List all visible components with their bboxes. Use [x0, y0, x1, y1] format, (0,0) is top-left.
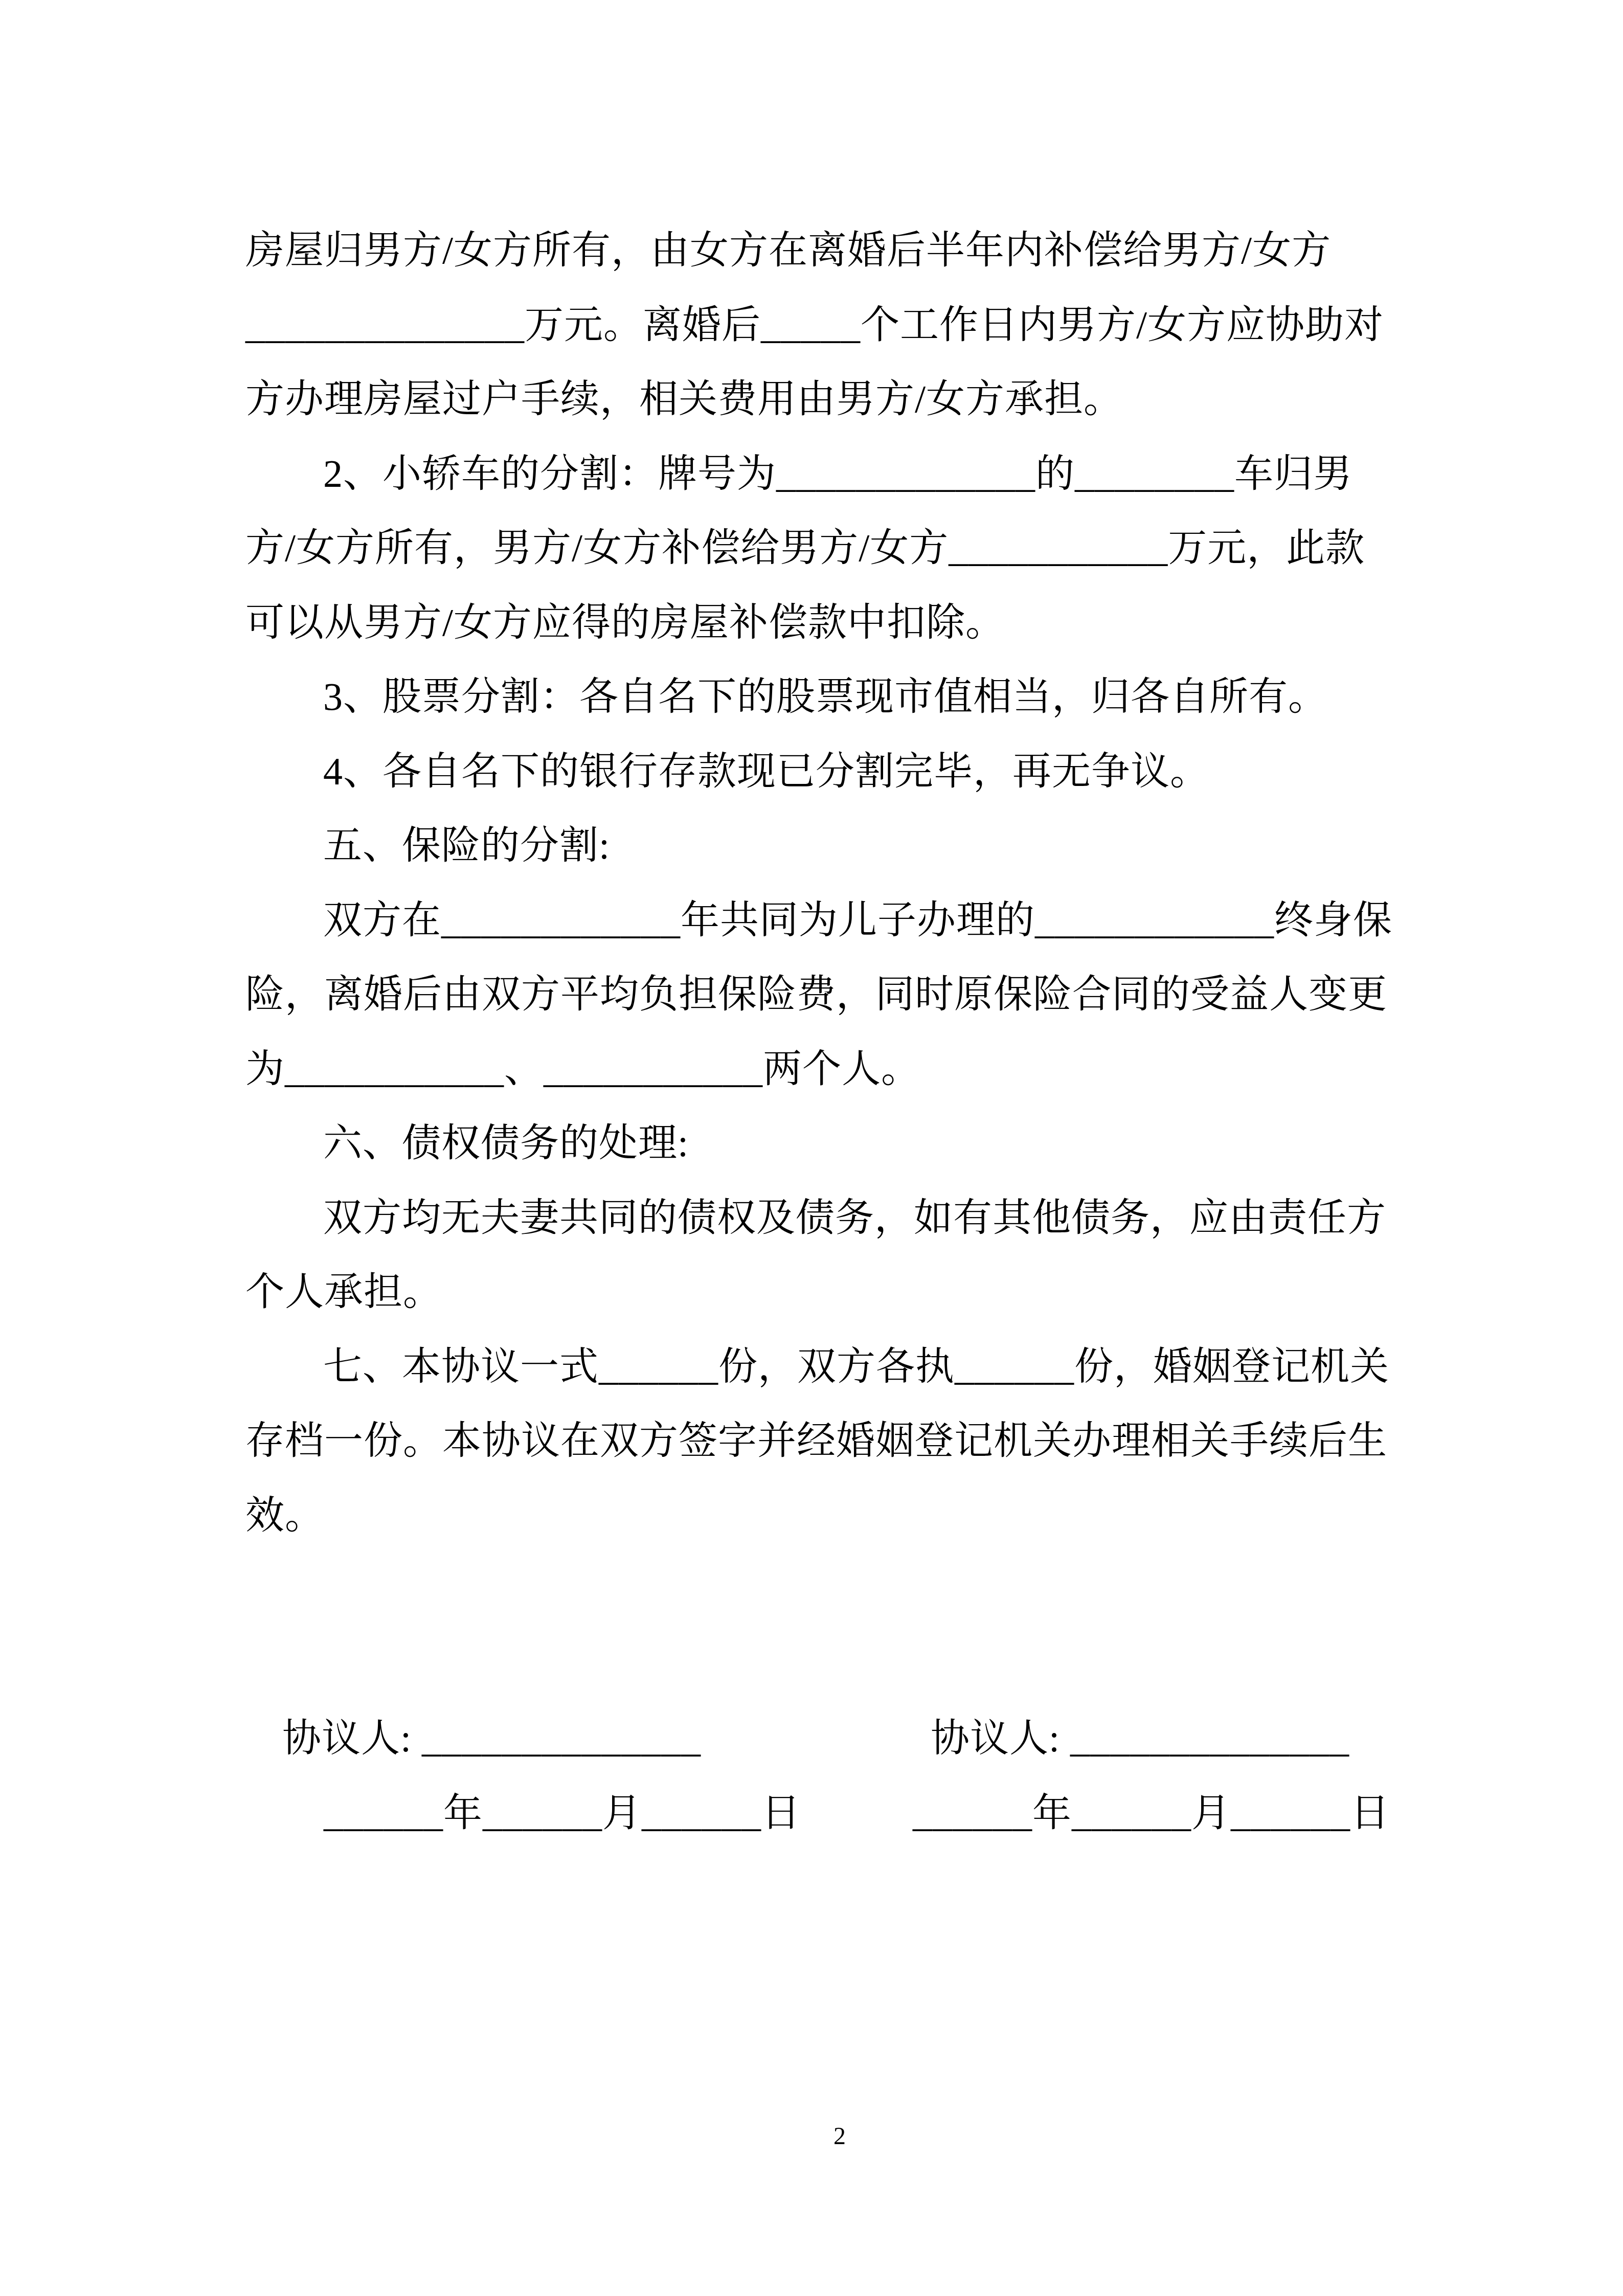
- body-line-clause-7: 七、本协议一式______份，双方各执______份，婚姻登记机关: [245, 1330, 1324, 1405]
- body-line-clause-3: 3、股票分割：各自名下的股票现市值相当，归各自所有。: [245, 660, 1324, 735]
- body-line: 可以从男方/女方应得的房屋补偿款中扣除。: [245, 586, 1324, 661]
- body-line: 存档一份。本协议在双方签字并经婚姻登记机关办理相关手续后生: [245, 1404, 1324, 1479]
- body-line: 个人承担。: [245, 1255, 1324, 1330]
- body-line: ______________万元。离婚后_____个工作日内男方/女方应协助对: [245, 288, 1324, 363]
- signature-date-row: ______年______月______日 ______年______月____…: [245, 1776, 1324, 1851]
- body-line: 双方在____________年共同为儿子办理的____________终身保: [245, 884, 1324, 958]
- body-line-clause-5: 五、保险的分割:: [245, 809, 1324, 884]
- signature-party-right: 协议人: ______________: [931, 1702, 1349, 1776]
- signature-date-right: ______年______月______日: [913, 1776, 1390, 1851]
- blank-line: [245, 1553, 1324, 1628]
- body-line: 房屋归男方/女方所有，由女方在离婚后半年内补偿给男方/女方: [245, 214, 1324, 288]
- signature-party-row: 协议人: ______________ 协议人: ______________: [245, 1702, 1324, 1776]
- signature-date-left: ______年______月______日: [324, 1776, 801, 1851]
- body-line: 双方均无夫妻共同的债权及债务，如有其他债务，应由责任方: [245, 1181, 1324, 1256]
- document-page: 房屋归男方/女方所有，由女方在离婚后半年内补偿给男方/女方 __________…: [0, 0, 1623, 2296]
- page-number: 2: [28, 2122, 1623, 2151]
- body-line: 方/女方所有，男方/女方补偿给男方/女方___________万元，此款: [245, 511, 1324, 586]
- body-line: 效。: [245, 1479, 1324, 1554]
- body-line-clause-2: 2、小轿车的分割：牌号为_____________的________车归男: [245, 437, 1324, 512]
- body-line: 方办理房屋过户手续，相关费用由男方/女方承担。: [245, 363, 1324, 437]
- blank-line: [245, 1628, 1324, 1702]
- body-line: 为___________、___________两个人。: [245, 1032, 1324, 1107]
- body-line-clause-6: 六、债权债务的处理:: [245, 1107, 1324, 1181]
- signature-party-left: 协议人: ______________: [282, 1702, 701, 1776]
- body-line: 险，离婚后由双方平均负担保险费，同时原保险合同的受益人变更: [245, 958, 1324, 1032]
- agreement-body: 房屋归男方/女方所有，由女方在离婚后半年内补偿给男方/女方 __________…: [245, 214, 1324, 1851]
- body-line-clause-4: 4、各自名下的银行存款现已分割完毕，再无争议。: [245, 735, 1324, 809]
